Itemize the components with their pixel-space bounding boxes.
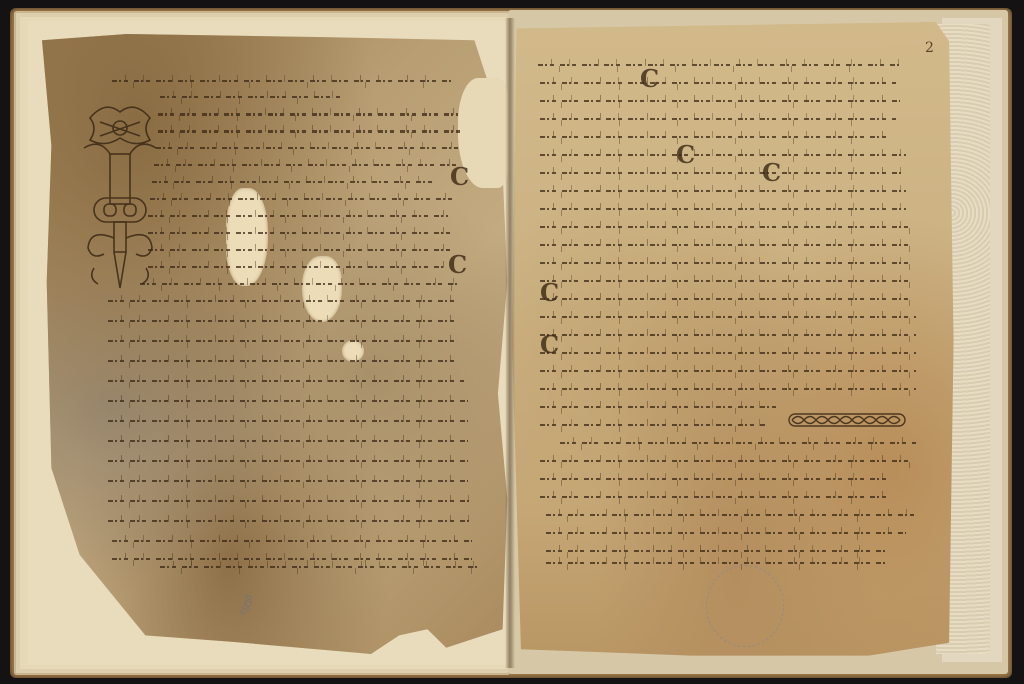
- text-line: [108, 440, 468, 442]
- text-line: [546, 532, 906, 534]
- text-line: [108, 300, 458, 302]
- text-line: [152, 181, 438, 183]
- text-line: [540, 460, 910, 462]
- text-line: [108, 460, 468, 462]
- text-line: [108, 320, 458, 322]
- text-line: [108, 420, 468, 422]
- text-line: [540, 388, 916, 390]
- text-line: [540, 406, 780, 408]
- text-line: [108, 360, 458, 362]
- text-line: [540, 208, 906, 210]
- text-line: [540, 100, 900, 102]
- text-line: [540, 280, 912, 282]
- text-line: [546, 562, 886, 564]
- text-line: [540, 478, 890, 480]
- library-stamp: [706, 565, 784, 647]
- text-line: [560, 442, 916, 444]
- text-line: [540, 118, 896, 120]
- text-line: [540, 154, 906, 156]
- rubric-initial: C: [448, 250, 467, 279]
- text-line: [158, 113, 458, 116]
- rubric-initial: C: [762, 158, 781, 187]
- text-line: [112, 540, 472, 542]
- text-line: [148, 215, 448, 217]
- text-line: [160, 96, 340, 98]
- text-line: [108, 380, 464, 382]
- text-line: [108, 500, 472, 502]
- text-line: [156, 147, 460, 149]
- text-line: [148, 266, 444, 268]
- text-line: [108, 520, 472, 522]
- text-line: [540, 244, 910, 246]
- text-line: [540, 316, 916, 318]
- text-line: [148, 249, 454, 251]
- rubric-initial: C: [540, 278, 559, 307]
- text-line: [540, 136, 886, 138]
- text-line: [540, 226, 910, 228]
- rubric-initial: C: [450, 162, 469, 191]
- text-line: [112, 558, 472, 560]
- text-line: [540, 352, 916, 354]
- text-line: [148, 232, 452, 234]
- text-line: [112, 80, 452, 82]
- text-line: [150, 198, 456, 200]
- text-line: [108, 340, 460, 342]
- rubric-initial: C: [640, 64, 659, 93]
- text-line: [540, 262, 912, 264]
- folio-number: 2: [925, 40, 934, 56]
- braided-ornament-icon: [788, 413, 906, 427]
- text-line: [546, 550, 886, 552]
- text-line: [108, 400, 468, 402]
- text-line: [108, 480, 468, 482]
- text-line: [540, 190, 906, 192]
- text-line: [140, 283, 460, 285]
- text-line: [540, 298, 912, 300]
- text-line: [540, 496, 890, 498]
- rubric-initial: C: [676, 140, 695, 169]
- text-line: [540, 82, 896, 84]
- text-line: [158, 130, 464, 133]
- text-line: [540, 370, 916, 372]
- book-gutter: [505, 18, 515, 668]
- text-line: [160, 566, 480, 568]
- text-line: [538, 64, 900, 66]
- rubric-initial: C: [540, 330, 559, 359]
- text-line: [540, 334, 916, 336]
- text-line: [546, 514, 914, 516]
- text-line: [540, 424, 766, 426]
- text-line: [540, 172, 904, 174]
- text-line: [154, 164, 462, 166]
